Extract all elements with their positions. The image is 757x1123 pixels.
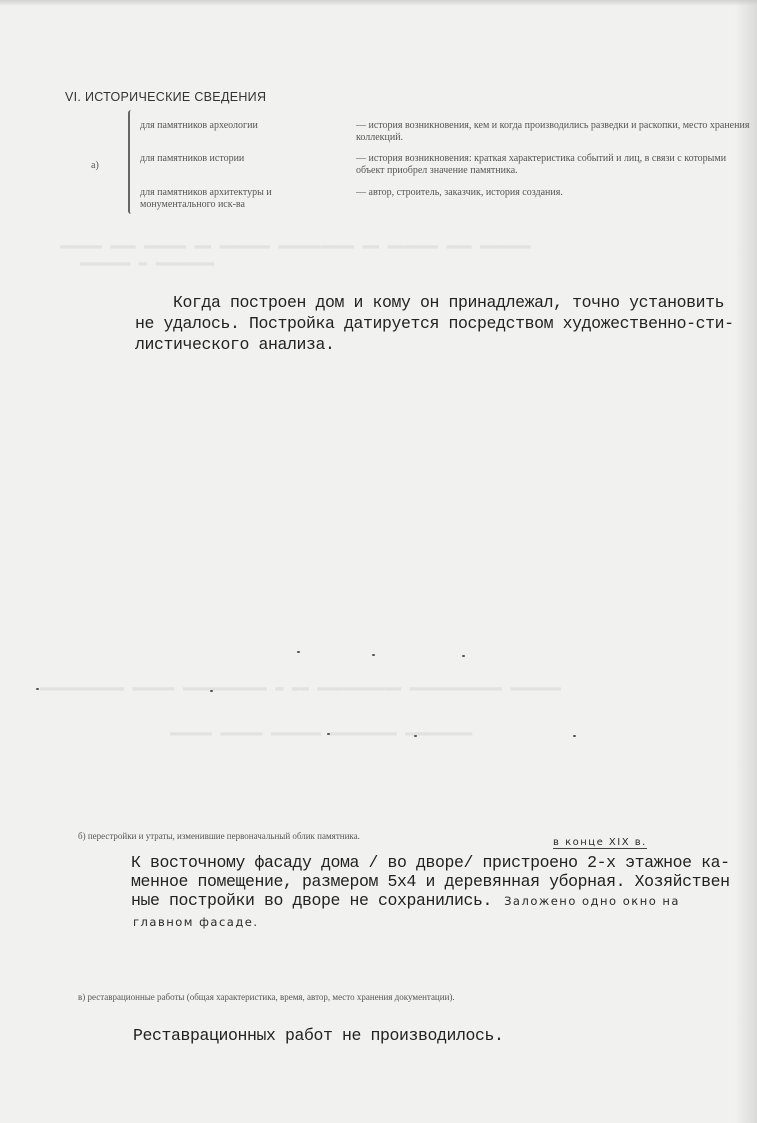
category-archaeology-description: — история возникновения, кем и когда про… [356,120,756,144]
bleed-through-text: ▬▬▬▬▬▬ ▬ ▬▬▬▬▬▬▬ [80,255,214,271]
bleed-through-text: ▬▬▬▬▬▬▬▬▬▬ ▬▬▬▬▬ ▬▬▬▬▬▬▬▬▬▬ ▬ ▬▬ ▬▬▬▬▬▬▬… [40,680,561,696]
scan-top-edge [0,0,757,6]
category-architecture-description: — автор, строитель, заказчик, история со… [356,187,756,199]
answer-b-line-3: ные постройки во дворе не сохранились. [131,891,492,910]
answer-a-line-3: листического анализа. [135,334,335,355]
bleed-through-text: ▬▬▬▬▬ ▬▬▬ ▬▬▬▬▬ ▬▬ ▬▬▬▬▬▬ ▬▬▬▬▬▬▬▬▬ ▬▬ ▬… [60,238,530,254]
ink-speck [297,651,300,653]
ink-speck [573,735,576,737]
handwritten-insert: в конце XIX в. [553,837,647,849]
answer-a-line-2: не удалось. Постройка датируется посредс… [135,313,734,334]
ink-speck [462,655,465,657]
ink-speck [414,735,417,737]
answer-b-line-3-row: ные постройки во дворе не сохранились. З… [131,890,680,911]
subsection-a-label: а) [91,160,99,171]
category-history-description: — история возникновения: краткая характе… [356,153,756,177]
answer-a-line-1: Когда построен дом и кому он принадлежал… [135,292,724,313]
subsection-c-prompt: в) реставрационные работы (общая характе… [64,992,484,1003]
category-history: для памятников истории [140,153,340,165]
brace [128,110,133,214]
category-archaeology: для памятников археологии [140,120,340,132]
ink-speck [210,690,213,692]
ink-speck [36,688,39,690]
answer-b-line-2: менное помещение, размером 5х4 и деревян… [131,871,730,892]
category-architecture: для памятников архитектуры и монументаль… [140,187,315,211]
section-title: VI. ИСТОРИЧЕСКИЕ СВЕДЕНИЯ [65,90,266,104]
handwritten-addition-1: Заложено одно окно на [504,894,680,908]
bleed-through-text: ▬▬▬▬▬ ▬▬▬▬▬ ▬▬▬▬▬▬ ▬▬▬▬▬▬▬▬ ▬▬▬▬▬▬▬▬ [170,725,472,741]
ink-speck [372,654,375,656]
subsection-b-prompt: б) перестройки и утраты, изменившие перв… [64,831,484,842]
answer-c: Реставрационных работ не производилось. [133,1025,504,1046]
answer-b-line-1: К восточному фасаду дома / во дворе/ при… [131,852,730,873]
ink-speck [327,733,330,735]
handwritten-addition-2: главном фасаде. [133,915,259,929]
